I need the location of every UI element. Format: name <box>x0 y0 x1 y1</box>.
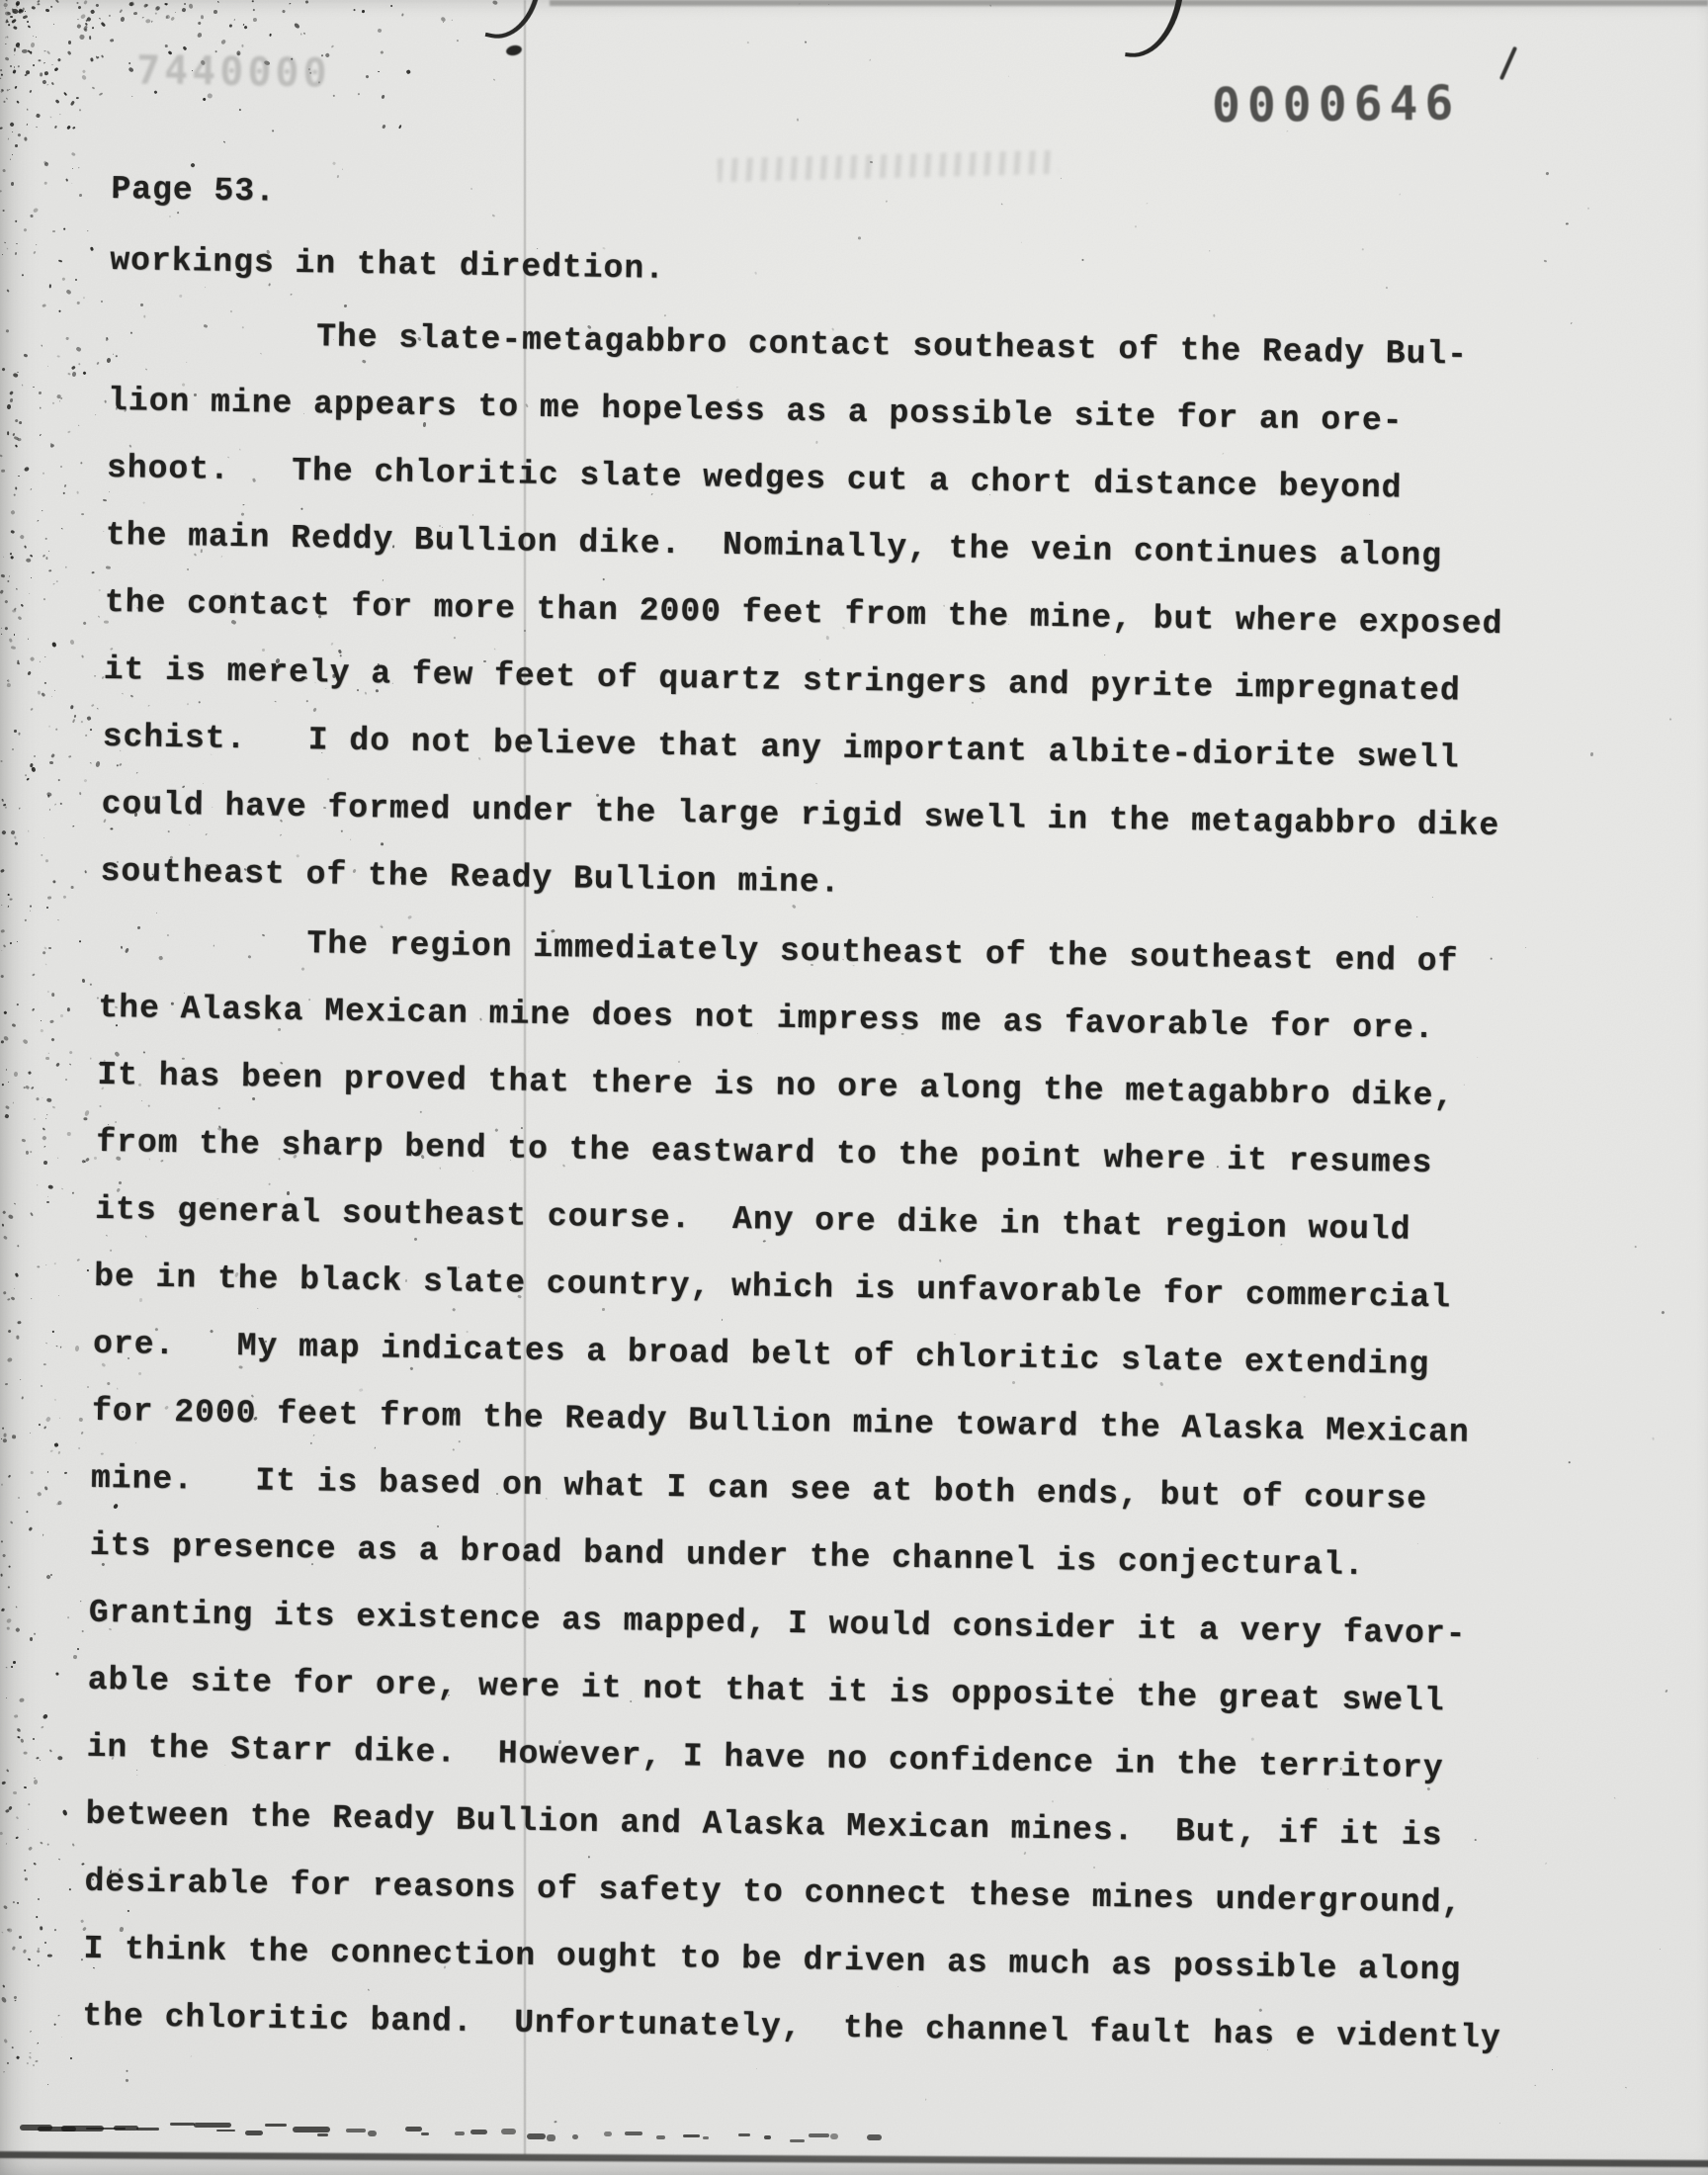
ink-speck <box>89 246 93 250</box>
ink-speck <box>17 9 23 15</box>
ink-speck <box>61 277 65 281</box>
ink-speck <box>36 2042 38 2044</box>
ink-speck <box>77 1447 80 1450</box>
ink-speck <box>8 88 10 90</box>
ink-speck <box>5 1105 10 1110</box>
ink-speck <box>25 918 28 921</box>
ink-speck <box>66 1132 70 1136</box>
ink-speck <box>9 122 15 128</box>
ink-speck <box>21 1396 24 1400</box>
ink-speck <box>1 634 3 636</box>
ink-speck <box>1569 1461 1571 1464</box>
ink-speck <box>19 1697 25 1702</box>
ink-speck <box>175 12 176 13</box>
ink-speck <box>3 557 4 558</box>
ink-speck <box>61 2037 62 2038</box>
ink-speck <box>4 101 6 103</box>
ink-speck <box>3 1290 7 1294</box>
ink-speck <box>94 414 95 415</box>
ink-speck <box>78 109 81 111</box>
ink-speck <box>0 1831 3 1835</box>
ink-speck <box>303 33 305 35</box>
ink-speck <box>30 1432 32 1434</box>
ink-speck <box>233 19 235 21</box>
ink-speck <box>76 1258 79 1261</box>
ink-speck <box>51 64 53 65</box>
ink-speck <box>21 1139 25 1143</box>
ink-speck <box>1545 171 1549 175</box>
ink-smudge <box>455 2131 465 2135</box>
ink-speck <box>39 434 41 436</box>
ink-speck <box>51 993 54 997</box>
ink-speck <box>6 329 10 333</box>
ink-speck <box>43 62 44 64</box>
ink-speck <box>44 181 47 184</box>
ink-speck <box>252 9 254 11</box>
ink-speck <box>37 1491 42 1497</box>
ink-speck <box>5 43 7 43</box>
ink-speck <box>58 259 63 263</box>
ink-speck <box>14 86 18 90</box>
ink-speck <box>1 1781 6 1784</box>
ink-speck <box>18 1497 20 1499</box>
ink-speck <box>47 366 49 367</box>
ink-speck <box>362 10 365 14</box>
ink-speck <box>71 365 76 369</box>
ink-speck <box>4 1113 9 1118</box>
ink-speck <box>78 362 81 365</box>
ink-speck <box>28 829 29 831</box>
ink-speck <box>9 1805 13 1810</box>
ink-speck <box>43 1146 45 1148</box>
ink-speck <box>56 57 61 62</box>
ink-speck <box>2 1554 6 1558</box>
ink-speck <box>128 66 134 72</box>
ink-speck <box>76 301 79 304</box>
ink-speck <box>7 1627 10 1630</box>
ink-speck <box>55 1346 57 1348</box>
ink-speck <box>15 252 18 256</box>
ink-speck <box>21 603 25 607</box>
ink-speck <box>377 29 383 34</box>
ink-speck <box>79 34 85 40</box>
ink-speck <box>289 3 291 5</box>
ink-speck <box>8 575 10 577</box>
ink-speck <box>96 55 100 58</box>
ink-speck <box>23 546 26 550</box>
ink-speck <box>56 355 59 358</box>
ink-speck <box>34 1780 38 1785</box>
ink-speck <box>27 123 29 125</box>
ink-blob-mark <box>505 43 523 56</box>
ink-speck <box>19 807 21 809</box>
ink-speck <box>58 2015 60 2016</box>
ink-speck <box>65 289 71 295</box>
ink-speck <box>26 1510 29 1513</box>
ink-speck <box>238 109 241 112</box>
ink-speck <box>90 1058 91 1060</box>
ink-speck <box>54 728 57 731</box>
ink-speck <box>44 1942 47 1944</box>
ink-speck <box>333 95 335 98</box>
ink-speck <box>43 1713 48 1719</box>
ink-speck <box>59 465 62 468</box>
ink-speck <box>104 399 107 402</box>
ink-smudge <box>114 2126 138 2131</box>
ink-speck <box>100 55 104 59</box>
ink-speck <box>77 19 79 20</box>
ink-speck <box>1 929 5 933</box>
ink-speck <box>30 911 31 912</box>
ink-speck <box>47 896 51 899</box>
ink-speck <box>14 1202 16 1204</box>
ink-speck <box>1659 1948 1660 1949</box>
ink-speck <box>77 6 81 10</box>
paragraph: The slate-metagabbro contact southeast o… <box>100 301 1581 928</box>
ink-speck <box>53 125 56 128</box>
ink-speck <box>243 25 247 29</box>
ink-speck <box>45 1057 49 1061</box>
ink-speck <box>28 25 31 28</box>
ink-speck <box>12 2046 14 2048</box>
ink-speck <box>1590 752 1593 756</box>
ink-speck <box>4 56 9 61</box>
ink-speck <box>51 1038 55 1042</box>
ink-speck <box>45 1118 47 1120</box>
ink-smudge <box>625 2131 643 2135</box>
ink-speck <box>47 1195 49 1197</box>
ink-speck <box>1 367 5 371</box>
ink-speck <box>68 1888 71 1891</box>
ink-speck <box>14 730 17 733</box>
ink-speck <box>65 1079 67 1081</box>
ink-speck <box>69 1064 71 1066</box>
ink-speck <box>84 1117 88 1120</box>
ink-smudge <box>764 2135 770 2139</box>
ink-speck <box>2 1223 5 1226</box>
ink-speck <box>96 362 99 366</box>
ink-speck <box>29 1637 32 1641</box>
ink-speck <box>251 0 253 2</box>
ink-speck <box>14 220 17 223</box>
ink-speck <box>198 21 203 26</box>
ink-smudge <box>790 2139 806 2142</box>
ink-speck <box>31 577 32 578</box>
ink-smudge <box>572 2134 578 2140</box>
ink-speck <box>24 466 30 472</box>
ink-speck <box>213 9 218 13</box>
ink-speck <box>40 406 41 408</box>
ink-speck <box>81 513 84 515</box>
ink-speck <box>32 6 37 11</box>
typewritten-text-block: Page 53. workings in that diredtion. The… <box>82 156 1584 2073</box>
ink-speck <box>119 9 123 14</box>
ink-speck <box>6 1843 8 1845</box>
ink-speck <box>128 62 130 65</box>
ink-speck <box>34 1777 36 1778</box>
ink-speck <box>1669 718 1671 721</box>
ink-speck <box>79 194 83 198</box>
ink-speck <box>5 1382 8 1385</box>
ink-speck <box>24 137 27 141</box>
ink-speck <box>26 778 29 781</box>
ink-speck <box>12 609 16 612</box>
ink-speck <box>3 169 7 173</box>
ink-speck <box>5 1769 9 1773</box>
ink-speck <box>63 1472 66 1475</box>
ink-speck <box>77 1648 79 1650</box>
ink-speck <box>109 15 111 17</box>
ink-speck <box>42 692 45 696</box>
ink-speck <box>62 1810 68 1817</box>
ink-speck <box>78 424 80 426</box>
ink-speck <box>10 1022 15 1027</box>
ink-speck <box>1586 208 1589 211</box>
ink-speck <box>53 690 55 691</box>
ink-speck <box>5 807 7 809</box>
ink-speck <box>1 1083 3 1085</box>
ink-speck <box>31 215 34 217</box>
ink-speck <box>7 1357 13 1362</box>
ink-speck <box>59 309 61 311</box>
bates-stamp: 0000646 <box>1212 76 1461 134</box>
pen-hook-mark <box>1125 0 1184 62</box>
ink-speck <box>25 1086 30 1090</box>
ink-speck <box>51 1105 54 1108</box>
ink-speck <box>44 682 47 684</box>
ink-speck <box>79 462 82 465</box>
ink-speck <box>16 101 19 104</box>
ink-speck <box>82 69 86 73</box>
ink-speck <box>1 470 5 473</box>
ink-speck <box>0 1040 4 1043</box>
ink-speck <box>28 639 29 640</box>
ink-speck <box>81 1431 85 1435</box>
ink-speck <box>12 154 14 155</box>
ink-speck <box>2 1904 7 1909</box>
ink-speck <box>41 1726 44 1730</box>
ink-speck <box>35 36 36 37</box>
ink-speck <box>40 1760 42 1762</box>
ink-speck <box>76 24 81 29</box>
ink-smudge <box>317 2133 328 2136</box>
ink-speck <box>65 565 66 567</box>
ink-speck <box>59 1014 62 1017</box>
ink-speck <box>47 1843 49 1845</box>
ink-speck <box>6 1068 8 1070</box>
ink-speck <box>51 696 52 697</box>
ink-speck <box>54 1399 56 1401</box>
ink-speck <box>13 373 19 378</box>
ink-speck <box>38 3 41 5</box>
ink-speck <box>493 78 495 80</box>
ink-speck <box>84 0 88 4</box>
ink-speck <box>56 918 58 919</box>
ink-speck <box>382 125 385 129</box>
ink-speck <box>45 8 50 12</box>
ink-speck <box>12 131 13 132</box>
ink-speck <box>1 1539 4 1542</box>
ink-speck <box>7 247 9 249</box>
ink-speck <box>46 84 49 86</box>
ink-speck <box>28 1828 29 1829</box>
ink-speck <box>71 372 75 378</box>
ink-speck <box>19 420 23 424</box>
ink-smudge <box>527 2133 546 2139</box>
ink-speck <box>16 1244 19 1247</box>
ink-smudge <box>368 2131 377 2136</box>
ink-speck <box>66 336 69 339</box>
ink-speck <box>33 2064 36 2067</box>
ink-speck <box>48 551 49 552</box>
ink-speck <box>365 74 369 78</box>
ink-speck <box>63 91 67 96</box>
ink-speck <box>229 24 232 28</box>
ink-speck <box>45 1574 51 1580</box>
ink-speck <box>37 113 42 118</box>
ink-speck <box>34 1632 37 1635</box>
ink-speck <box>57 1295 58 1296</box>
ink-speck <box>7 683 12 688</box>
ink-speck <box>54 1442 59 1447</box>
ink-speck <box>6 1667 8 1669</box>
ink-speck <box>253 18 257 22</box>
ink-speck <box>869 59 871 61</box>
ink-speck <box>85 735 88 737</box>
ink-speck <box>22 385 24 387</box>
ink-speck <box>42 1127 44 1130</box>
ink-speck <box>15 243 17 244</box>
ink-speck <box>0 868 5 873</box>
ink-speck <box>7 2061 10 2064</box>
ink-speck <box>52 1330 54 1332</box>
ink-speck <box>14 1072 18 1077</box>
ink-speck <box>37 1097 40 1101</box>
ink-smudge <box>547 2134 555 2140</box>
ink-speck <box>1613 1797 1615 1799</box>
ink-speck <box>67 373 70 376</box>
ink-speck <box>13 1661 17 1664</box>
ink-speck <box>30 43 35 48</box>
ink-speck <box>282 10 285 13</box>
ink-speck <box>54 804 56 806</box>
ink-speck <box>87 1386 89 1388</box>
ink-speck <box>4 1010 8 1014</box>
ink-speck <box>7 1214 13 1220</box>
ink-speck <box>18 65 20 67</box>
ink-speck <box>6 403 10 408</box>
ink-speck <box>34 251 37 254</box>
ink-speck <box>25 70 30 74</box>
ink-speck <box>23 1751 27 1754</box>
ink-speck <box>12 18 17 23</box>
ghost-stamp: 7440000 <box>136 47 331 96</box>
ink-speck <box>48 1053 49 1054</box>
ink-speck <box>91 86 95 89</box>
ink-speck <box>49 6 52 9</box>
ink-speck <box>17 1003 19 1005</box>
ink-speck <box>11 1435 16 1438</box>
ink-speck <box>380 50 384 54</box>
ink-speck <box>40 854 43 857</box>
ink-speck <box>59 113 61 115</box>
ink-speck <box>125 2079 128 2083</box>
ink-speck <box>47 1185 53 1190</box>
ink-speck <box>91 704 94 707</box>
ink-speck <box>20 1379 22 1381</box>
ink-speck <box>7 1330 11 1334</box>
ink-speck <box>304 0 308 3</box>
ink-speck <box>1 253 2 254</box>
ink-speck <box>43 71 48 76</box>
ink-speck <box>120 16 125 21</box>
ink-speck <box>81 74 87 80</box>
ink-speck <box>58 1756 63 1760</box>
ink-speck <box>14 842 18 846</box>
ink-smudge <box>683 2134 699 2138</box>
ink-speck <box>1 627 2 628</box>
ink-speck <box>300 34 301 36</box>
ink-smudge <box>703 2136 710 2140</box>
ink-speck <box>68 754 72 757</box>
ink-speck <box>11 1947 15 1952</box>
ink-speck <box>457 40 460 43</box>
ink-speck <box>14 633 15 635</box>
ink-speck <box>131 96 133 98</box>
ink-speck <box>12 1901 14 1903</box>
ink-speck <box>59 803 61 805</box>
ink-speck <box>3 2071 5 2073</box>
ink-speck <box>42 1135 46 1140</box>
ink-speck <box>71 152 76 156</box>
ink-speck <box>1 760 3 762</box>
ink-speck <box>146 19 151 23</box>
ink-speck <box>52 230 56 232</box>
ink-speck <box>1 1483 3 1486</box>
ink-speck <box>7 1082 9 1084</box>
ink-speck <box>76 347 82 353</box>
ink-speck <box>201 15 204 19</box>
ink-speck <box>57 1859 59 1861</box>
ink-speck <box>72 1843 74 1846</box>
ink-speck <box>53 1262 55 1264</box>
ink-speck <box>39 1424 42 1427</box>
ink-speck <box>38 519 40 521</box>
ink-speck <box>32 208 39 214</box>
ink-speck <box>43 951 46 955</box>
ink-speck <box>16 1606 18 1608</box>
ink-speck <box>272 129 275 131</box>
ink-speck <box>43 1485 47 1490</box>
ink-speck <box>49 1749 52 1752</box>
ink-speck <box>30 555 33 558</box>
ink-speck <box>46 1200 49 1203</box>
ink-speck <box>26 558 31 562</box>
ink-speck <box>220 39 227 45</box>
ink-speck <box>81 1630 84 1633</box>
ink-speck <box>63 492 66 495</box>
ink-speck <box>99 589 101 591</box>
ink-speck <box>7 1586 10 1589</box>
ink-speck <box>1535 2085 1536 2086</box>
ink-speck <box>34 1863 38 1866</box>
ink-speck <box>7 580 10 583</box>
ink-speck <box>7 1298 10 1301</box>
ink-speck <box>10 1296 15 1301</box>
ink-speck <box>14 444 17 447</box>
ink-speck <box>145 4 148 7</box>
ink-speck <box>46 1114 48 1116</box>
